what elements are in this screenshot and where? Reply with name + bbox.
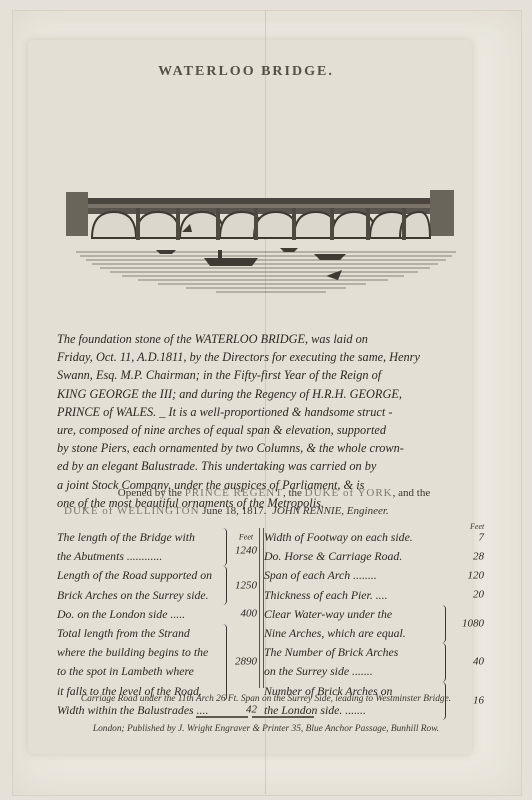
opening-date: June 18, 1817. [202, 505, 266, 517]
stat-carriage-road: Do. Horse & Carriage Road. 28 [264, 547, 484, 566]
brace [442, 605, 446, 643]
stat-bridge-length: The length of the Bridge with the Abutme… [57, 528, 257, 566]
stat-value: 1250 [235, 576, 257, 595]
stat-value: 40 [473, 653, 484, 672]
stat-arch-span: Span of each Arch ........ 120 [264, 566, 484, 585]
stat-label: Total length from the Strand [57, 624, 257, 643]
description-line: KING GEORGE the III; and during the Rege… [57, 385, 477, 403]
description-line: by stone Piers, each ornamented by two C… [57, 439, 477, 457]
stat-value: 2890 [235, 653, 257, 672]
stat-value: 400 [241, 605, 258, 624]
carriage-road-note: Carriage Road under the 11th Arch 26 Ft.… [44, 694, 488, 704]
opened-suffix: , and the [393, 487, 431, 499]
description-line: Swann, Esq. M.P. Chairman; in the Fifty-… [57, 366, 477, 384]
description-line: The foundation stone of the WATERLOO BRI… [57, 330, 477, 348]
description-line: ed by an elegant Balustrade. This undert… [57, 457, 477, 475]
stat-pier-thickness: Thickness of each Pier. .... 20 [264, 586, 484, 605]
stat-label: to the spot in Lambeth where [57, 662, 257, 681]
description-line: PRINCE of WALES. _ It is a well-proporti… [57, 403, 477, 421]
stat-label: Length of the Road supported on [57, 566, 257, 585]
description-line: Friday, Oct. 11, A.D.1811, by the Direct… [57, 348, 477, 366]
stat-value: 7 [479, 528, 485, 547]
brace [223, 528, 227, 566]
stat-label: The length of the Bridge with [57, 528, 257, 547]
stat-label: where the building begins to the [57, 643, 257, 662]
duke-of-york: DUKE of YORK [305, 487, 393, 499]
opened-prefix: Opened by the [118, 487, 182, 499]
stat-value: Feet1240 [235, 534, 257, 561]
stat-value: 120 [468, 566, 485, 585]
decorative-rule [252, 716, 314, 718]
stat-label: on the Surrey side ....... [264, 662, 484, 681]
stat-value: 1080 [462, 614, 484, 633]
stat-label: Do. on the London side ..... [57, 605, 257, 624]
brace [223, 624, 227, 701]
stat-value: 20 [473, 586, 484, 605]
stat-label: the Abutments ............ [57, 547, 257, 566]
stat-road-surrey: Length of the Road supported on Brick Ar… [57, 566, 257, 604]
stat-label: Span of each Arch ........ [264, 566, 484, 585]
bridge-illustration [66, 190, 466, 300]
decorative-rule [196, 716, 248, 718]
stat-label: Do. Horse & Carriage Road. [264, 547, 484, 566]
print-title: WATERLOO BRIDGE. [0, 64, 532, 80]
stat-label: Brick Arches on the Surrey side. [57, 586, 257, 605]
value-text: 1240 [235, 545, 257, 557]
feet-header-left: Feet [235, 534, 257, 542]
stats-left-column: The length of the Bridge with the Abutme… [57, 528, 257, 720]
opened-line-1: Opened by the PRINCE REGENT, the DUKE of… [64, 484, 484, 502]
title-text: WATERLOO BRIDGE. [158, 64, 334, 79]
stat-label: Nine Arches, which are equal. [264, 624, 484, 643]
stat-road-london: Do. on the London side ..... 400 [57, 605, 257, 624]
engineer-credit: JOHN RENNIE, Engineer. [272, 505, 389, 517]
opened-line-2: DUKE of WELLINGTON June 18, 1817. JOHN R… [64, 502, 484, 520]
brace [442, 643, 446, 681]
stat-water-way: Clear Water-way under the Nine Arches, w… [264, 605, 484, 643]
stats-right-column: Width of Footway on each side. 7 Do. Hor… [264, 528, 484, 720]
stat-label: Clear Water-way under the [264, 605, 484, 624]
prince-regent: PRINCE REGENT [185, 487, 283, 499]
stat-value: 28 [473, 547, 484, 566]
stat-footway-width: Width of Footway on each side. 7 [264, 528, 484, 547]
duke-of-wellington: DUKE of WELLINGTON [64, 505, 200, 517]
stat-surrey-arches: The Number of Brick Arches on the Surrey… [264, 643, 484, 681]
stat-label: Width of Footway on each side. [264, 528, 484, 547]
stat-label: Thickness of each Pier. .... [264, 586, 484, 605]
stat-total-length: Total length from the Strand where the b… [57, 624, 257, 701]
opening-dedication: Opened by the PRINCE REGENT, the DUKE of… [64, 484, 484, 520]
publisher-imprint: London; Published by J. Wright Engraver … [44, 724, 488, 734]
brace [223, 566, 227, 604]
opened-mid: , the [283, 487, 302, 499]
description-line: ure, composed of nine arches of equal sp… [57, 421, 477, 439]
stat-label: The Number of Brick Arches [264, 643, 484, 662]
